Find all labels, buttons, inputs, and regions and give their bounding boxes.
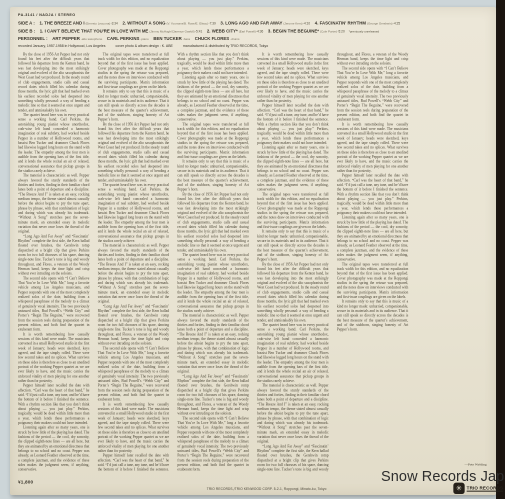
- shop-watermark: Snow Records Japan: [381, 469, 505, 485]
- publisher-address-line: TRIO RECORDS,/TRIO KENWOOD CORP. 5-2-1, …: [167, 487, 367, 491]
- trio-logo-text: TRIO RECORDS: [467, 485, 504, 491]
- sleeve-footer: —Pete Welding ¥1,800 TRIO RECORDS,/TRIO …: [0, 0, 505, 499]
- scan-photo: PA-3141 / NADJA / STEREO SIDE A :1. THE …: [0, 0, 505, 499]
- price-label: ¥1,800: [18, 479, 33, 484]
- liner-notes-signature: —Pete Welding: [410, 463, 487, 467]
